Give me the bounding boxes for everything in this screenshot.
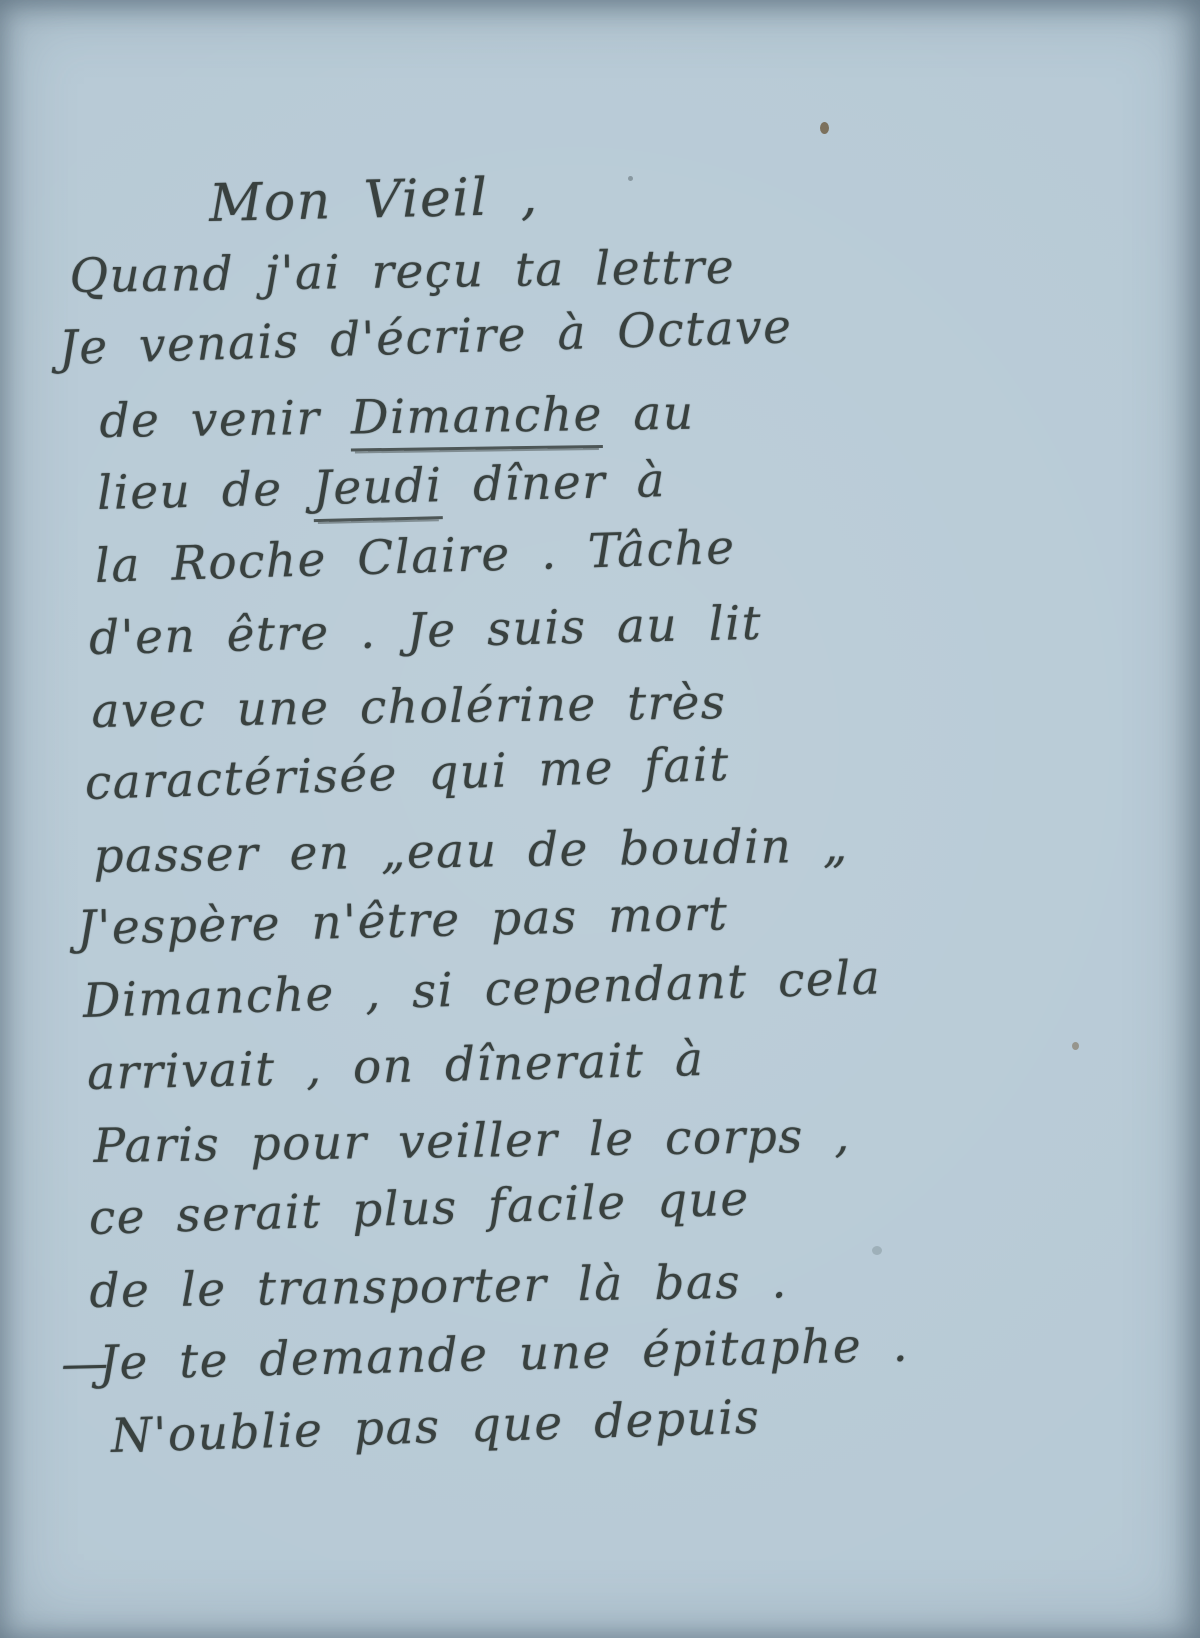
paper-speck (820, 122, 829, 134)
letter-body: Mon Vieil ,Quand j'ai reçu ta lettreJe v… (60, 168, 1160, 1473)
letter-text-segment: N'oublie pas que depuis (110, 1389, 761, 1463)
letter-text-segment: lieu de (97, 461, 314, 521)
underlined-word: Dimanche (350, 386, 603, 451)
letter-text-segment: J'espère n'être pas mort (77, 886, 729, 956)
letter-text-segment: Mon Vieil , (208, 167, 539, 234)
letter-text-segment: de le transporter là bas . (89, 1254, 788, 1319)
letter-page: Mon Vieil ,Quand j'ai reçu ta lettreJe v… (0, 0, 1200, 1638)
margin-dash: — (60, 1328, 109, 1402)
letter-text-segment: au (602, 385, 694, 441)
letter-text-segment: avec une cholérine très (91, 675, 727, 739)
letter-text-segment: caractérisée qui me fait (84, 737, 730, 811)
underlined-word: Jeudi (312, 458, 443, 522)
letter-text-segment: d'en être . Je suis au lit (89, 596, 763, 666)
letter-text-segment: dîner à (442, 453, 667, 513)
letter-text-segment: Je venais d'écrire à Octave (58, 299, 793, 376)
letter-text-segment: ce serait plus facile que (88, 1171, 750, 1246)
letter-text-segment: de venir (99, 390, 351, 449)
letter-text-segment: passer en „eau de boudin „ (93, 818, 849, 884)
letter-text-segment: arrivait , on dînerait à (87, 1032, 705, 1101)
letter-text-segment: la Roche Claire . Tâche (94, 520, 736, 594)
letter-text-segment: Quand j'ai reçu ta lettre (69, 239, 735, 303)
letter-text-segment: Dimanche , si cependant cela (82, 950, 882, 1029)
letter-line: Mon Vieil , (208, 146, 1159, 240)
